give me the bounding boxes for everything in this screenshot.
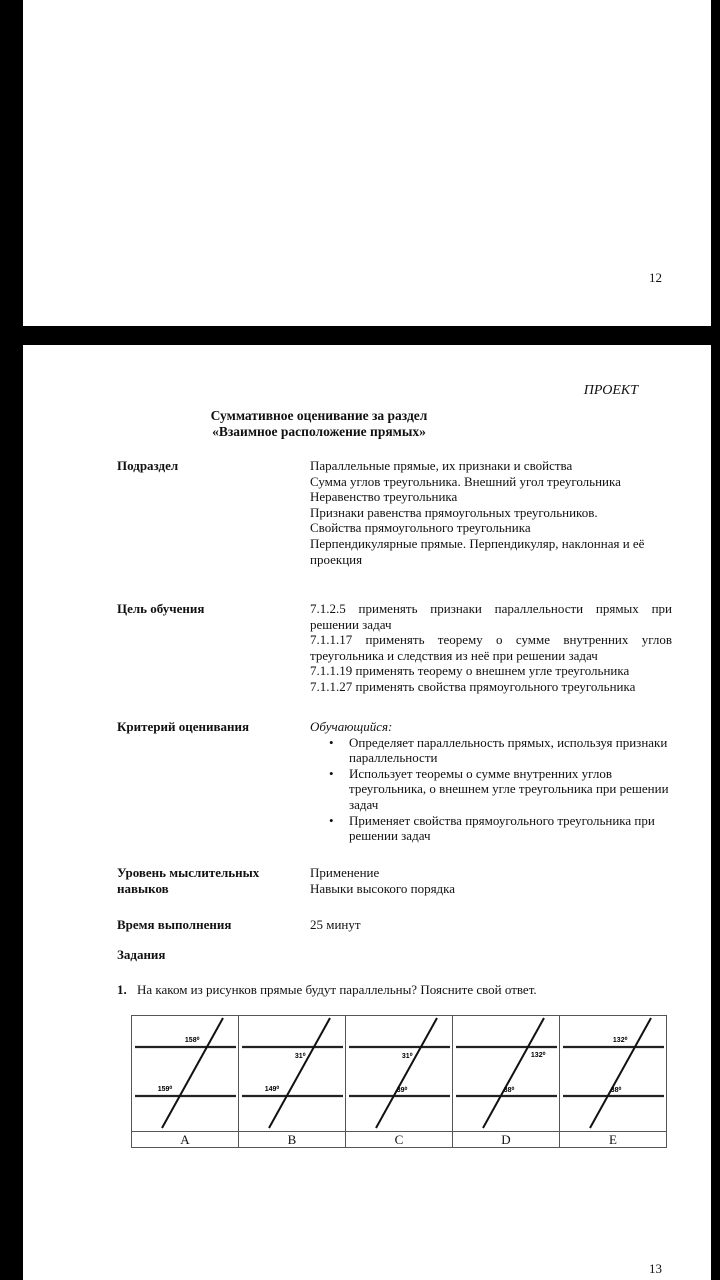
bottom-angle-label: 38⁰ <box>504 1086 515 1094</box>
criteria-content: Обучающийся: Определяет параллельность п… <box>310 719 672 844</box>
tasks-heading: Задания <box>117 947 165 963</box>
learning-goal-item: 7.1.2.5 применять признаки параллельност… <box>310 601 672 632</box>
bottom-angle-label: 38⁰ <box>611 1086 622 1094</box>
figure-labels-row: ABCDE <box>132 1132 667 1148</box>
transversal-line <box>376 1018 437 1128</box>
top-angle-label: 132⁰ <box>613 1036 628 1044</box>
transversal-line <box>269 1018 330 1128</box>
figures-table: 158⁰159⁰31⁰149⁰31⁰39⁰132⁰38⁰132⁰38⁰ ABCD… <box>131 1015 667 1148</box>
subsection-line: Свойства прямоугольного треугольника <box>310 520 672 536</box>
transversal-line <box>590 1018 651 1128</box>
previous-page: 12 <box>23 0 711 326</box>
transversal-line <box>483 1018 544 1128</box>
parallel-lines-diagram: 31⁰39⁰ <box>346 1016 452 1131</box>
figure-d: 132⁰38⁰ <box>453 1016 560 1132</box>
learning-goal-label: Цель обучения <box>117 601 297 617</box>
transversal-line <box>162 1018 223 1128</box>
bottom-angle-label: 39⁰ <box>397 1086 408 1094</box>
subsection-line: Сумма углов треугольника. Внешний угол т… <box>310 474 672 490</box>
figure-e: 132⁰38⁰ <box>560 1016 667 1132</box>
figure-label: D <box>453 1132 560 1148</box>
figure-a: 158⁰159⁰ <box>132 1016 239 1132</box>
task-number: 1. <box>117 982 137 998</box>
task-question: На каком из рисунков прямые будут паралл… <box>137 982 537 997</box>
criteria-bullet: Использует теоремы о сумме внутренних уг… <box>310 766 672 813</box>
task-1: 1.На каком из рисунков прямые будут пара… <box>117 982 537 998</box>
parallel-lines-diagram: 132⁰38⁰ <box>560 1016 666 1131</box>
learning-goal-item: 7.1.1.19 применять теорему о внешнем угл… <box>310 663 672 679</box>
subsection-line: Неравенство треугольника <box>310 489 672 505</box>
top-angle-label: 31⁰ <box>402 1052 413 1060</box>
figure-c: 31⁰39⁰ <box>346 1016 453 1132</box>
document-title: Суммативное оценивание за раздел «Взаимн… <box>23 408 711 440</box>
current-page: ПРОЕКТ Суммативное оценивание за раздел … <box>23 345 711 1280</box>
page-number: 13 <box>649 1261 662 1277</box>
bottom-angle-label: 149⁰ <box>265 1085 280 1093</box>
draft-stamp: ПРОЕКТ <box>584 383 638 399</box>
figure-label: E <box>560 1132 667 1148</box>
learning-goal-content: 7.1.2.5 применять признаки параллельност… <box>310 601 672 695</box>
subsection-line: Перпендикулярные прямые. Перпендикуляр, … <box>310 536 672 567</box>
title-line-1: Суммативное оценивание за раздел <box>23 408 615 424</box>
duration-label: Время выполнения <box>117 917 297 933</box>
top-angle-label: 132⁰ <box>531 1051 546 1059</box>
figure-b: 31⁰149⁰ <box>239 1016 346 1132</box>
page-number: 12 <box>649 270 662 286</box>
parallel-lines-diagram: 132⁰38⁰ <box>453 1016 559 1131</box>
learning-goal-item: 7.1.1.17 применять теорему о сумме внутр… <box>310 632 672 663</box>
thinking-level-line: Применение <box>310 865 672 881</box>
subsection-line: Параллельные прямые, их признаки и свойс… <box>310 458 672 474</box>
thinking-level-label-line: навыков <box>117 881 297 897</box>
figure-label: A <box>132 1132 239 1148</box>
figure-label: B <box>239 1132 346 1148</box>
parallel-lines-diagram: 31⁰149⁰ <box>239 1016 345 1131</box>
thinking-level-content: Применение Навыки высокого порядка <box>310 865 672 896</box>
title-line-2: «Взаимное расположение прямых» <box>23 424 615 440</box>
criteria-list: Определяет параллельность прямых, исполь… <box>310 735 672 844</box>
bottom-angle-label: 159⁰ <box>158 1085 173 1093</box>
criteria-intro: Обучающийся: <box>310 719 672 735</box>
thinking-level-label-line: Уровень мыслительных <box>117 865 297 881</box>
top-angle-label: 158⁰ <box>185 1036 200 1044</box>
top-angle-label: 31⁰ <box>295 1052 306 1060</box>
thinking-level-line: Навыки высокого порядка <box>310 881 672 897</box>
parallel-lines-diagram: 158⁰159⁰ <box>132 1016 238 1131</box>
criteria-bullet: Определяет параллельность прямых, исполь… <box>310 735 672 766</box>
subsection-content: Параллельные прямые, их признаки и свойс… <box>310 458 672 567</box>
criteria-label: Критерий оценивания <box>117 719 297 735</box>
learning-goal-item: 7.1.1.27 применять свойства прямоугольно… <box>310 679 672 695</box>
thinking-level-label: Уровень мыслительных навыков <box>117 865 297 896</box>
criteria-bullet: Применяет свойства прямоугольного треуго… <box>310 813 672 844</box>
subsection-label: Подраздел <box>117 458 297 474</box>
figure-label: C <box>346 1132 453 1148</box>
figures-row: 158⁰159⁰31⁰149⁰31⁰39⁰132⁰38⁰132⁰38⁰ <box>132 1016 667 1132</box>
subsection-line: Признаки равенства прямоугольных треугол… <box>310 505 672 521</box>
duration-value: 25 минут <box>310 917 672 933</box>
